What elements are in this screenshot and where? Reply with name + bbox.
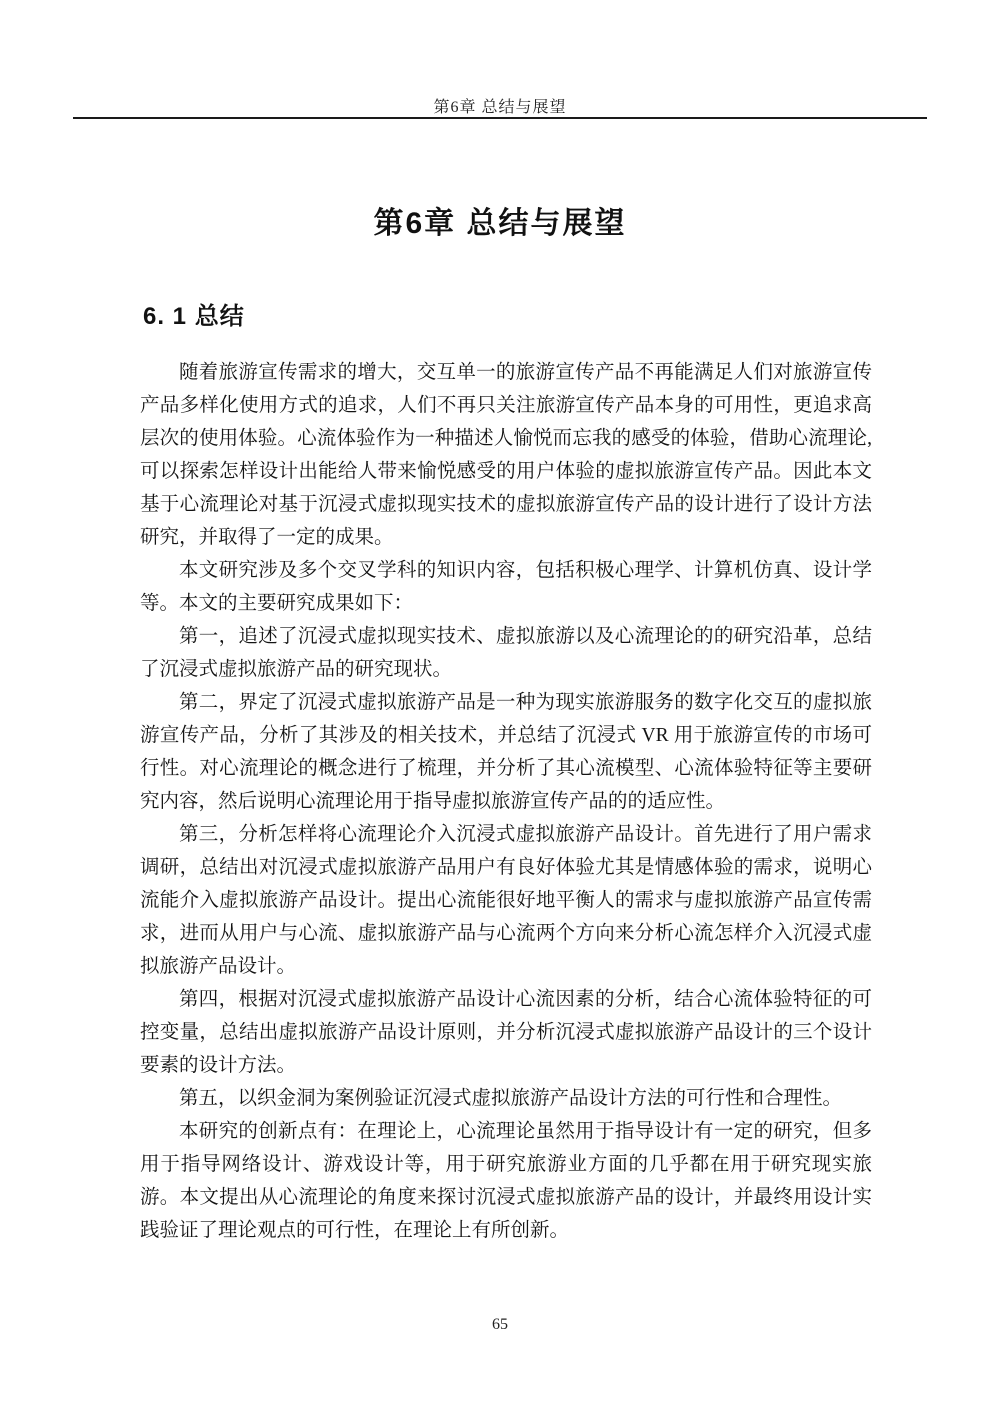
section-heading: 6. 1 总结 (143, 296, 245, 331)
paragraph-8: 本研究的创新点有：在理论上，心流理论虽然用于指导设计有一定的研究，但多用于指导网… (140, 1115, 872, 1247)
paragraph-4: 第二，界定了沉浸式虚拟旅游产品是一种为现实旅游服务的数字化交互的虚拟旅游宣传产品… (140, 686, 872, 818)
header-rule (73, 117, 927, 119)
body-text: 随着旅游宣传需求的增大，交互单一的旅游宣传产品不再能满足人们对旅游宣传产品多样化… (140, 356, 872, 1247)
paragraph-2: 本文研究涉及多个交叉学科的知识内容，包括积极心理学、计算机仿真、设计学等。本文的… (140, 554, 872, 620)
paragraph-7: 第五，以织金洞为案例验证沉浸式虚拟旅游产品设计方法的可行性和合理性。 (140, 1082, 872, 1115)
document-page: 第6章 总结与展望 第6章 总结与展望 6. 1 总结 随着旅游宣传需求的增大，… (0, 0, 1000, 1414)
running-header: 第6章 总结与展望 (0, 94, 1000, 117)
paragraph-1: 随着旅游宣传需求的增大，交互单一的旅游宣传产品不再能满足人们对旅游宣传产品多样化… (140, 356, 872, 554)
chapter-title: 第6章 总结与展望 (0, 198, 1000, 242)
paragraph-3: 第一，追述了沉浸式虚拟现实技术、虚拟旅游以及心流理论的的研究沿革，总结了沉浸式虚… (140, 620, 872, 686)
paragraph-6: 第四，根据对沉浸式虚拟旅游产品设计心流因素的分析，结合心流体验特征的可控变量，总… (140, 983, 872, 1082)
page-number: 65 (0, 1316, 1000, 1334)
paragraph-5: 第三，分析怎样将心流理论介入沉浸式虚拟旅游产品设计。首先进行了用户需求调研，总结… (140, 818, 872, 983)
